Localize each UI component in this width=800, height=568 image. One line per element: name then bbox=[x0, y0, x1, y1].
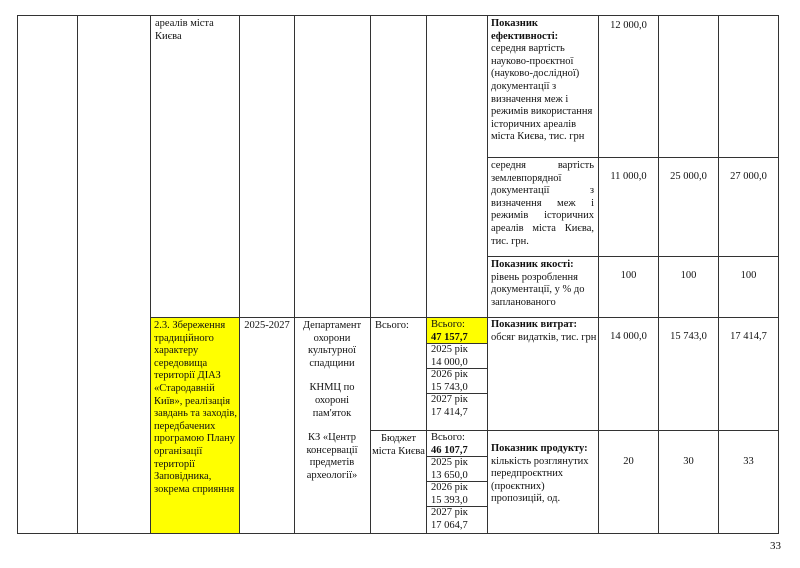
year-label: 2026 рік bbox=[431, 369, 487, 382]
year-value: 14 000,0 bbox=[431, 357, 487, 370]
year-amount-2027: 2027 рік 17 414,7 bbox=[431, 394, 487, 419]
indicator-efficiency-cell: Показник ефективності: середня вартість … bbox=[491, 18, 595, 144]
year-amount-2025: 2025 рік 14 000,0 bbox=[431, 344, 487, 369]
year-value: 15 393,0 bbox=[431, 495, 487, 508]
year-label: 2025 рік bbox=[431, 344, 487, 357]
source-city-budget: Бюджет міста Києва bbox=[371, 433, 426, 458]
budget-year-amount-2027: 2027 рік 17 064,7 bbox=[431, 507, 487, 532]
land-value-2026: 25 000,0 bbox=[659, 171, 718, 182]
indicator-product-text: кількість розглянутих передпроєктних (пр… bbox=[491, 456, 597, 506]
quality-value-2025: 100 bbox=[599, 270, 658, 281]
row-divider bbox=[150, 317, 778, 318]
land-value-2025: 11 000,0 bbox=[599, 171, 658, 182]
budget-year-amount-2026: 2026 рік 15 393,0 bbox=[431, 482, 487, 507]
indicator-quality-text: рівень розроблення документації, у % до … bbox=[491, 272, 595, 310]
indicator-costs-text: обсяг видатків, тис. грн bbox=[491, 332, 597, 345]
column-divider bbox=[77, 15, 78, 534]
year-amount-2026: 2026 рік 15 743,0 bbox=[431, 369, 487, 394]
indicator-product-label: Показник продукту: bbox=[491, 443, 597, 456]
task-text-continuation: ареалів міста Києва bbox=[155, 18, 235, 43]
quality-value-2026: 100 bbox=[659, 270, 718, 281]
year-value: 17 064,7 bbox=[431, 520, 487, 533]
column-divider bbox=[294, 15, 295, 534]
budget-total-amount: Всього: 46 107,7 bbox=[431, 432, 487, 457]
task-2-3-text: 2.3. Збереження традиційного характеру с… bbox=[154, 320, 238, 496]
product-value-2025: 20 bbox=[599, 456, 658, 467]
costs-value-2025: 14 000,0 bbox=[599, 331, 658, 342]
executor-1: Департамент охорони культурної спадщини bbox=[296, 320, 368, 370]
table-border bbox=[778, 15, 779, 534]
task-period: 2025-2027 bbox=[240, 320, 294, 333]
source-total-amount: Всього: 47 157,7 bbox=[431, 319, 487, 344]
year-label: 2027 рік bbox=[431, 507, 487, 520]
year-label: 2027 рік bbox=[431, 394, 487, 407]
indicator-quality-label: Показник якості: bbox=[491, 259, 595, 272]
row-divider bbox=[370, 430, 778, 431]
document-page: ареалів міста Києва Показник ефективност… bbox=[0, 0, 800, 568]
table-border bbox=[17, 15, 779, 16]
year-label: 2026 рік bbox=[431, 482, 487, 495]
indicator-product-cell: Показник продукту: кількість розглянутих… bbox=[491, 443, 597, 506]
indicator-costs-label: Показник витрат: bbox=[491, 319, 597, 332]
total-value: 47 157,7 bbox=[431, 332, 487, 345]
land-value-2027: 27 000,0 bbox=[719, 171, 778, 182]
budget-year-amount-2025: 2025 рік 13 650,0 bbox=[431, 457, 487, 482]
column-divider bbox=[239, 15, 240, 534]
table-border bbox=[17, 15, 18, 534]
row-divider bbox=[487, 256, 778, 257]
indicator-costs-cell: Показник витрат: обсяг видатків, тис. гр… bbox=[491, 319, 597, 344]
product-value-2026: 30 bbox=[659, 456, 718, 467]
efficiency-value-2025: 12 000,0 bbox=[599, 20, 658, 31]
year-value: 17 414,7 bbox=[431, 407, 487, 420]
page-number: 33 bbox=[770, 540, 781, 552]
executors-cell: Департамент охорони культурної спадщини … bbox=[296, 320, 368, 483]
executor-2: КНМЦ по охороні пам'яток bbox=[296, 382, 368, 420]
costs-value-2027: 17 414,7 bbox=[719, 331, 778, 342]
indicator-efficiency-label: Показник ефективності: bbox=[491, 18, 595, 43]
total-label: Всього: bbox=[431, 319, 487, 332]
row-divider bbox=[487, 157, 778, 158]
executor-3: КЗ «Центр консервації предметів археолог… bbox=[296, 432, 368, 482]
year-value: 15 743,0 bbox=[431, 382, 487, 395]
table-border bbox=[17, 533, 779, 534]
total-label: Всього: bbox=[431, 432, 487, 445]
indicator-land-text: середня вартість землевпорядної документ… bbox=[491, 160, 594, 248]
year-value: 13 650,0 bbox=[431, 470, 487, 483]
column-divider bbox=[487, 15, 488, 534]
indicator-efficiency-text: середня вартість науково-проєктної (наук… bbox=[491, 43, 595, 144]
year-label: 2025 рік bbox=[431, 457, 487, 470]
costs-value-2026: 15 743,0 bbox=[659, 331, 718, 342]
total-value: 46 107,7 bbox=[431, 445, 487, 458]
indicator-quality-cell: Показник якості: рівень розроблення доку… bbox=[491, 259, 595, 309]
source-total-label: Всього: bbox=[375, 320, 425, 333]
column-divider bbox=[150, 15, 151, 534]
quality-value-2027: 100 bbox=[719, 270, 778, 281]
product-value-2027: 33 bbox=[719, 456, 778, 467]
